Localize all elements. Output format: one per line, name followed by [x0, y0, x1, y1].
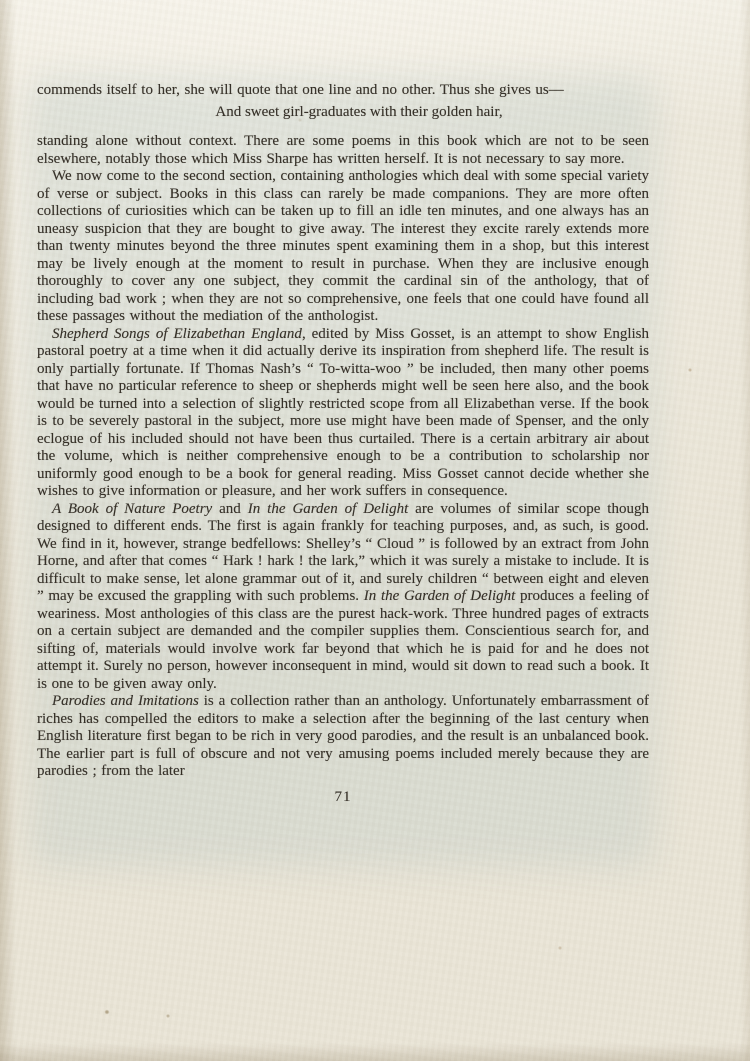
page-number: 71 [37, 789, 649, 807]
text-run: , edited by Miss Gosset, is an attempt t… [37, 326, 649, 500]
text-run: We now come to the second section, conta… [37, 168, 649, 324]
text-run: commends itself to her, she will quote t… [37, 82, 564, 98]
paragraph: A Book of Nature Poetry and In the Garde… [37, 501, 649, 694]
paragraph: standing alone without context. There ar… [37, 133, 649, 168]
text-run: standing alone without context. There ar… [37, 133, 649, 167]
verse-line: And sweet girl-graduates with their gold… [37, 104, 649, 122]
text-run: and [212, 501, 248, 517]
text-block: commends itself to her, she will quote t… [37, 82, 649, 806]
book-title: Shepherd Songs of Elizabethan England [52, 326, 302, 342]
paragraph: Parodies and Imitations is a collection … [37, 693, 649, 781]
text-run: And sweet girl-graduates with their gold… [215, 104, 502, 120]
book-title: A Book of Nature Poetry [52, 501, 212, 517]
paragraph: We now come to the second section, conta… [37, 168, 649, 326]
book-title: In the Garden of Delight [364, 588, 516, 604]
paragraph: commends itself to her, she will quote t… [37, 82, 649, 100]
book-title: In the Garden of Delight [248, 501, 409, 517]
scanned-book-page: commends itself to her, she will quote t… [0, 0, 750, 1061]
paragraph: Shepherd Songs of Elizabethan England, e… [37, 326, 649, 501]
book-title: Parodies and Imitations [52, 693, 199, 709]
